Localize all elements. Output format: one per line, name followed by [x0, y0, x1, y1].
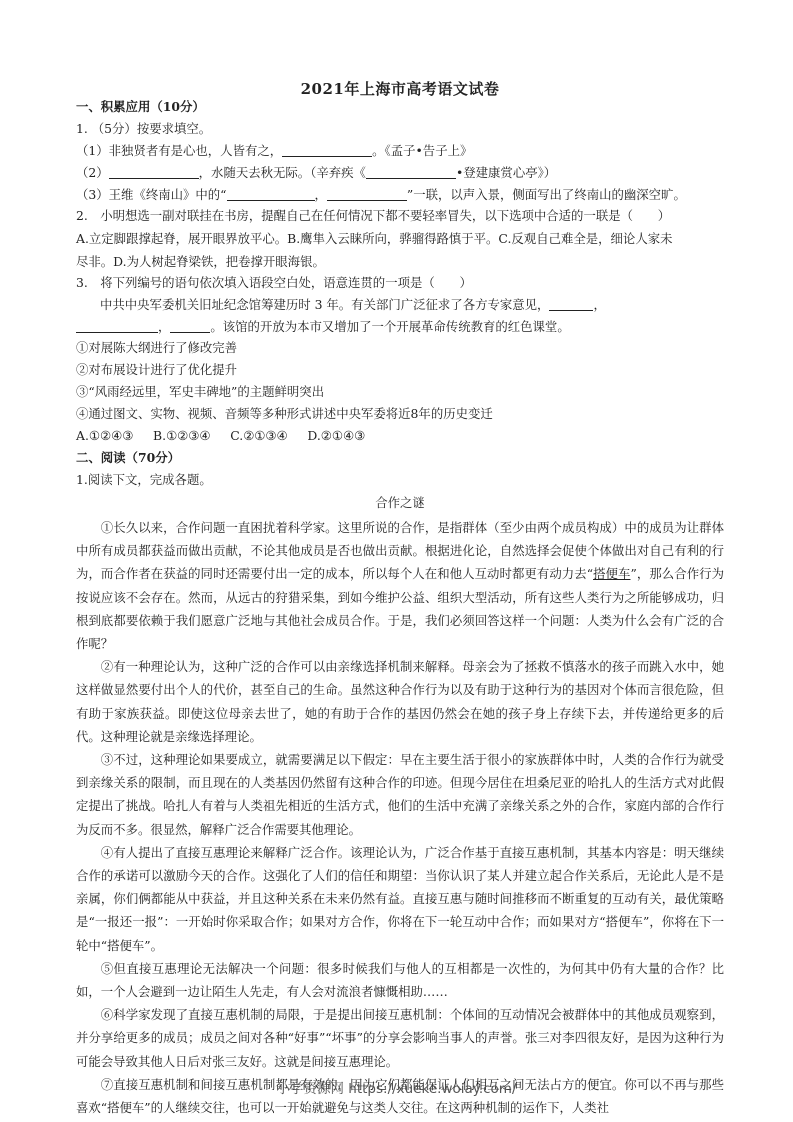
- q1-item2-middle: ，水随天去秋无际。（辛弃疾《: [199, 165, 366, 180]
- q2-stem: 2. 小明想选一副对联挂在书房，提醒自己在任何情况下都不要轻率冒失，以下选项中合…: [76, 205, 670, 227]
- article-paragraph-6: ⑥科学家发现了直接互惠机制的局限，于是提出间接互惠机制：个体间的互动情况会被群体…: [76, 1003, 724, 1073]
- q1-item3-suffix: ”一联，以声入景，侧面写出了终南山的幽深空旷。: [407, 187, 686, 202]
- q1-item3: （3）王维《终南山》中的“，”一联，以声入景，侧面写出了终南山的幽深空旷。: [76, 184, 686, 206]
- article-paragraph-5: ⑤但直接互惠理论无法解决一个问题：很多时候我们与他人的互相都是一次性的，为何其中…: [76, 957, 724, 1003]
- answer-blank[interactable]: [170, 318, 210, 333]
- q3-stem: 3. 将下列编号的语句依次填入语段空白处，语意连贯的一项是（ ）: [76, 272, 472, 294]
- article-body: ①长久以来，合作问题一直困扰着科学家。这里所说的合作，是指群体（至少由两个成员构…: [76, 516, 724, 1119]
- q2-options-line1: A.立定脚跟撑起脊，展开眼界放平心。B.鹰隼入云睐所向，骅骝得路慎于平。C.反观…: [76, 228, 673, 250]
- q3-item-3: ③“风雨经远里，军史丰碑地”的主题鲜明突出: [76, 381, 324, 403]
- q3-item-1: ①对展陈大纲进行了修改完善: [76, 337, 237, 359]
- q1-item1-prefix: （1）非独贤者有是心也，人皆有之，: [76, 143, 282, 158]
- q1-item2-suffix: •登建康赏心亭》）: [456, 165, 556, 180]
- q3-item-2: ②对布展设计进行了优化提升: [76, 359, 237, 381]
- answer-blank[interactable]: [282, 142, 372, 157]
- q3-choices: A.①②④③ B.①②③④ C.②①③④ D.②①④③: [76, 425, 365, 447]
- underlined-term: 搭便车: [593, 566, 630, 581]
- q3-passage-text: 中共中央军委机关旧址纪念馆筹建历时 3 年。有关部门广泛征求了各方专家意见，: [100, 297, 549, 312]
- section1-heading: 一、积累应用（10分）: [76, 96, 205, 118]
- answer-blank[interactable]: [76, 318, 158, 333]
- reading-q1-stem: 1.阅读下文，完成各题。: [76, 469, 212, 491]
- answer-blank[interactable]: [327, 186, 407, 201]
- q3-passage-line2: ，。该馆的开放为本市又增加了一个开展革命传统教育的红色课堂。: [76, 316, 570, 338]
- answer-blank[interactable]: [366, 164, 456, 179]
- q1-item2-prefix: （2）: [76, 165, 109, 180]
- answer-blank[interactable]: [109, 164, 199, 179]
- q1-stem: 1. （5分）按要求填空。: [76, 118, 211, 140]
- q1-item3-prefix: （3）王维《终南山》中的“: [76, 187, 227, 202]
- q1-item1: （1）非独贤者有是心也，人皆有之，。《孟子•告子上》: [76, 140, 472, 162]
- q3-passage-suffix: 。该馆的开放为本市又增加了一个开展革命传统教育的红色课堂。: [210, 319, 569, 334]
- watermark-footer[interactable]: 小学资源网 https://xueke.woiay.com/: [0, 1077, 793, 1097]
- choice-a[interactable]: A.①②④③: [76, 428, 133, 443]
- choice-d[interactable]: D.②①④③: [307, 428, 365, 443]
- choice-b[interactable]: B.①②③④: [153, 428, 210, 443]
- article-paragraph-3: ③不过，这种理论如果要成立，就需要满足以下假定：早在主要生活于很小的家族群体中时…: [76, 748, 724, 841]
- answer-blank[interactable]: [549, 296, 593, 311]
- article-paragraph-1: ①长久以来，合作问题一直困扰着科学家。这里所说的合作，是指群体（至少由两个成员构…: [76, 516, 724, 655]
- q1-item1-suffix: 。《孟子•告子上》: [372, 143, 472, 158]
- article-paragraph-2: ②有一种理论认为，这种广泛的合作可以由亲缘选择机制来解释。母亲会为了拯救不慎落水…: [76, 655, 724, 748]
- q3-passage-line1: 中共中央军委机关旧址纪念馆筹建历时 3 年。有关部门广泛征求了各方专家意见，，: [100, 294, 606, 316]
- q1-item2: （2），水随天去秋无际。（辛弃疾《•登建康赏心亭》）: [76, 162, 556, 184]
- article-paragraph-4: ④有人提出了直接互惠理论来解释广泛合作。该理论认为，广泛合作基于直接互惠机制，其…: [76, 841, 724, 957]
- answer-blank[interactable]: [227, 186, 315, 201]
- choice-c[interactable]: C.②①③④: [230, 428, 287, 443]
- section2-heading: 二、阅读（70分）: [76, 447, 180, 469]
- q1-item3-middle: ，: [315, 187, 327, 202]
- q2-options-line2: 尽非。D.为人树起脊梁铁，把卷撑开眼海银。: [76, 251, 325, 273]
- article-title: 合作之谜: [76, 492, 724, 514]
- q3-item-4: ④通过图文、实物、视频、音频等多种形式讲述中央军委将近8年的历史变迁: [76, 403, 493, 425]
